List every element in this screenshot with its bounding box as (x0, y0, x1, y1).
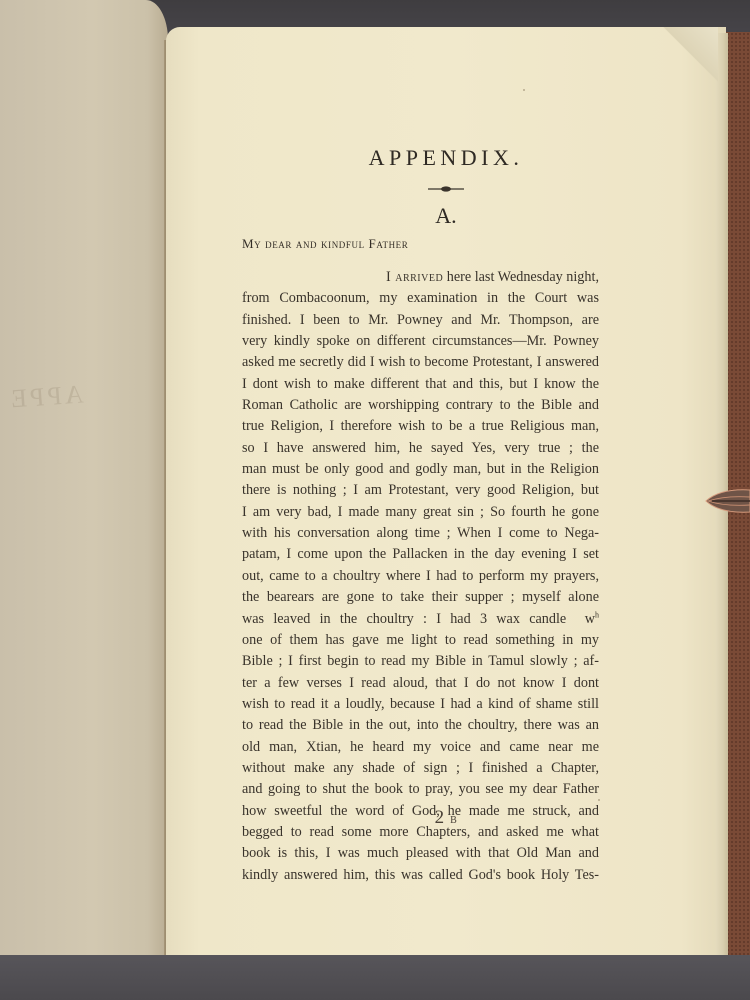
body-line: Roman Catholic are worshipping contrary … (242, 395, 599, 416)
body-line: true Religion, I therefore wish to be a … (242, 416, 599, 437)
paper-speck (598, 799, 600, 801)
body-line: man must be only good and godly man, but… (242, 459, 599, 480)
body-line: out, came to a choultry where I had to p… (242, 566, 599, 587)
body-line: the bearears are gone to take their supp… (242, 587, 599, 608)
body-line: was leaved in the choultry : I had 3 wax… (242, 609, 599, 630)
letter-body: I arrived here last Wednesday night, fro… (242, 267, 599, 886)
body-line: Bible ; I first begin to read my Bible i… (242, 651, 599, 672)
page-footer: 2B (166, 807, 726, 829)
body-line: asked me secretly did I wish to become P… (242, 352, 599, 373)
body-line: and going to shut the book to pray, you … (242, 779, 599, 800)
page-corner-fold (658, 27, 718, 87)
ornamental-rule-icon (166, 185, 726, 193)
appendix-title: APPENDIX. (166, 145, 726, 171)
body-line: so I have answered him, he sayed Yes, ve… (242, 438, 599, 459)
page-number: 2 (435, 807, 445, 828)
body-line: I arrived here last Wednesday night, (242, 267, 599, 288)
body-line: I am very bad, I made many great sin ; S… (242, 502, 599, 523)
opening-words: I arrived (386, 269, 443, 285)
body-line: there is nothing ; I am Protestant, very… (242, 480, 599, 501)
body-line: wish to read it a loudly, because I had … (242, 694, 599, 715)
section-letter: A. (166, 203, 726, 229)
body-line: finished. I been to Mr. Powney and Mr. T… (242, 310, 599, 331)
body-line: kindly answered him, this was called God… (242, 865, 599, 886)
left-page: APPE (0, 0, 168, 1000)
body-line: without make any shade of sign ; I finis… (242, 758, 599, 779)
body-line: with his conversation along time ; When … (242, 523, 599, 544)
backdrop-bottom (0, 955, 750, 1000)
body-line: from Combacoonum, my examination in the … (242, 288, 599, 309)
letter-salutation: My dear and kindful Father (242, 236, 408, 252)
body-line: very kindly spoke on different circumsta… (242, 331, 599, 352)
body-line: I dont wish to make different that and t… (242, 374, 599, 395)
bleed-through-text: APPE (7, 379, 84, 414)
body-line: to read the Bible in the out, into the c… (242, 715, 599, 736)
right-page: APPENDIX. A. My dear and kindful Father … (166, 27, 726, 967)
body-line: book is this, I was much pleased with th… (242, 843, 599, 864)
body-line: old man, Xtian, he heard my voice and ca… (242, 737, 599, 758)
signature-mark: B (450, 815, 457, 826)
body-line: ter a few verses I read aloud, that I do… (242, 673, 599, 694)
paper-speck (523, 89, 525, 91)
body-line: one of them has gave me light to read so… (242, 630, 599, 651)
body-line: patam, I come upon the Pallacken in the … (242, 544, 599, 565)
metal-bookmark-clip-icon (704, 482, 750, 520)
